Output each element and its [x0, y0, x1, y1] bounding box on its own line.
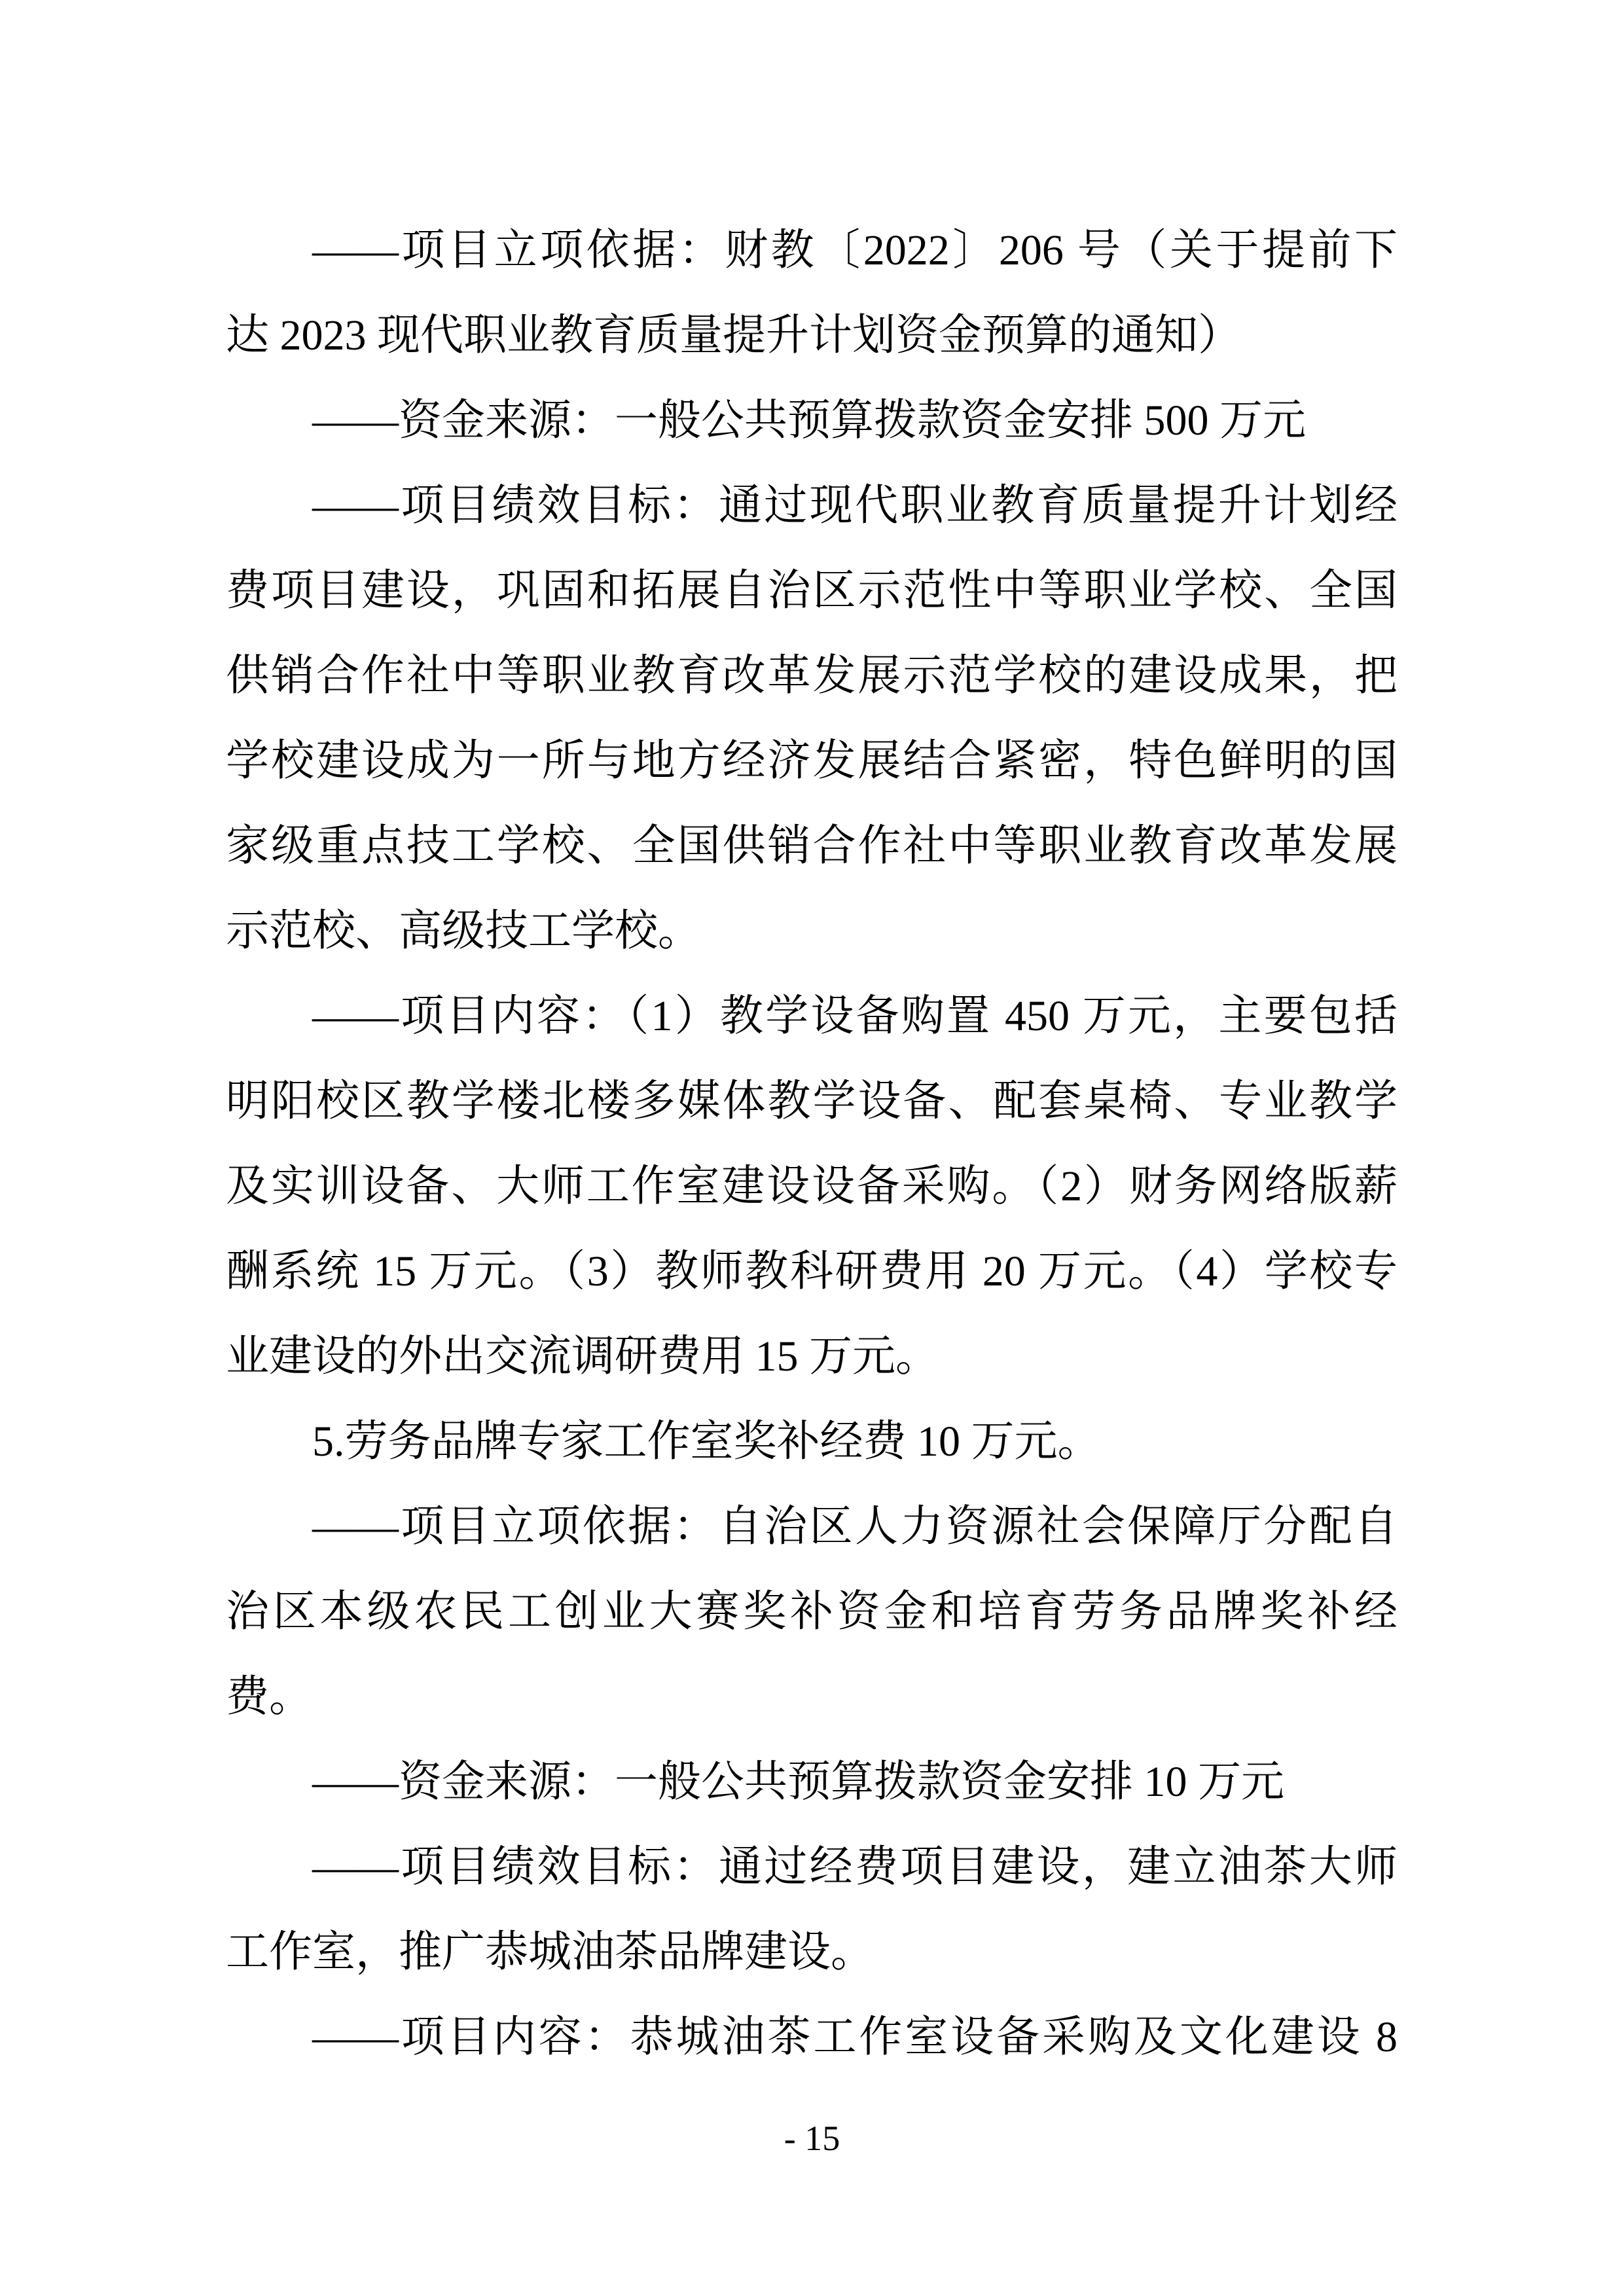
document-line: 费项目建设，巩固和拓展自治区示范性中等职业学校、全国: [226, 548, 1398, 634]
document-line: ——项目立项依据：自治区人力资源社会保障厅分配自: [226, 1484, 1398, 1570]
page-number: - 15: [0, 2118, 1624, 2159]
document-line: 酬系统 15 万元。（3）教师教科研费用 20 万元。（4）学校专: [226, 1229, 1398, 1314]
document-line: ——项目绩效目标：通过现代职业教育质量提升计划经: [226, 463, 1398, 548]
document-line: 学校建设成为一所与地方经济发展结合紧密，特色鲜明的国: [226, 719, 1398, 804]
document-line: ——项目绩效目标：通过经费项目建设，建立油茶大师: [226, 1825, 1398, 1910]
document-body: ——项目立项依据：财教〔2022〕206 号（关于提前下达 2023 现代职业教…: [226, 208, 1398, 2080]
document-line: ——项目内容：恭城油茶工作室设备采购及文化建设 8: [226, 1995, 1398, 2080]
document-line: ——项目立项依据：财教〔2022〕206 号（关于提前下: [226, 208, 1398, 293]
document-line: ——资金来源：一般公共预算拨款资金安排 10 万元: [226, 1740, 1398, 1825]
document-line: 家级重点技工学校、全国供销合作社中等职业教育改革发展: [226, 804, 1398, 889]
document-line: ——项目内容：（1）教学设备购置 450 万元，主要包括: [226, 974, 1398, 1059]
document-line: 及实训设备、大师工作室建设设备采购。（2）财务网络版薪: [226, 1144, 1398, 1229]
document-line: 治区本级农民工创业大赛奖补资金和培育劳务品牌奖补经: [226, 1570, 1398, 1655]
document-line: 示范校、高级技工学校。: [226, 889, 1398, 974]
document-line: ——资金来源：一般公共预算拨款资金安排 500 万元: [226, 378, 1398, 463]
document-line: 费。: [226, 1655, 1398, 1740]
document-line: 工作室，推广恭城油茶品牌建设。: [226, 1910, 1398, 1995]
document-line: 明阳校区教学楼北楼多媒体教学设备、配套桌椅、专业教学: [226, 1059, 1398, 1144]
document-line: 业建设的外出交流调研费用 15 万元。: [226, 1314, 1398, 1399]
document-line: 5.劳务品牌专家工作室奖补经费 10 万元。: [226, 1399, 1398, 1484]
document-line: 达 2023 现代职业教育质量提升计划资金预算的通知）: [226, 293, 1398, 378]
document-page: ——项目立项依据：财教〔2022〕206 号（关于提前下达 2023 现代职业教…: [0, 0, 1624, 2296]
document-line: 供销合作社中等职业教育改革发展示范学校的建设成果，把: [226, 634, 1398, 719]
